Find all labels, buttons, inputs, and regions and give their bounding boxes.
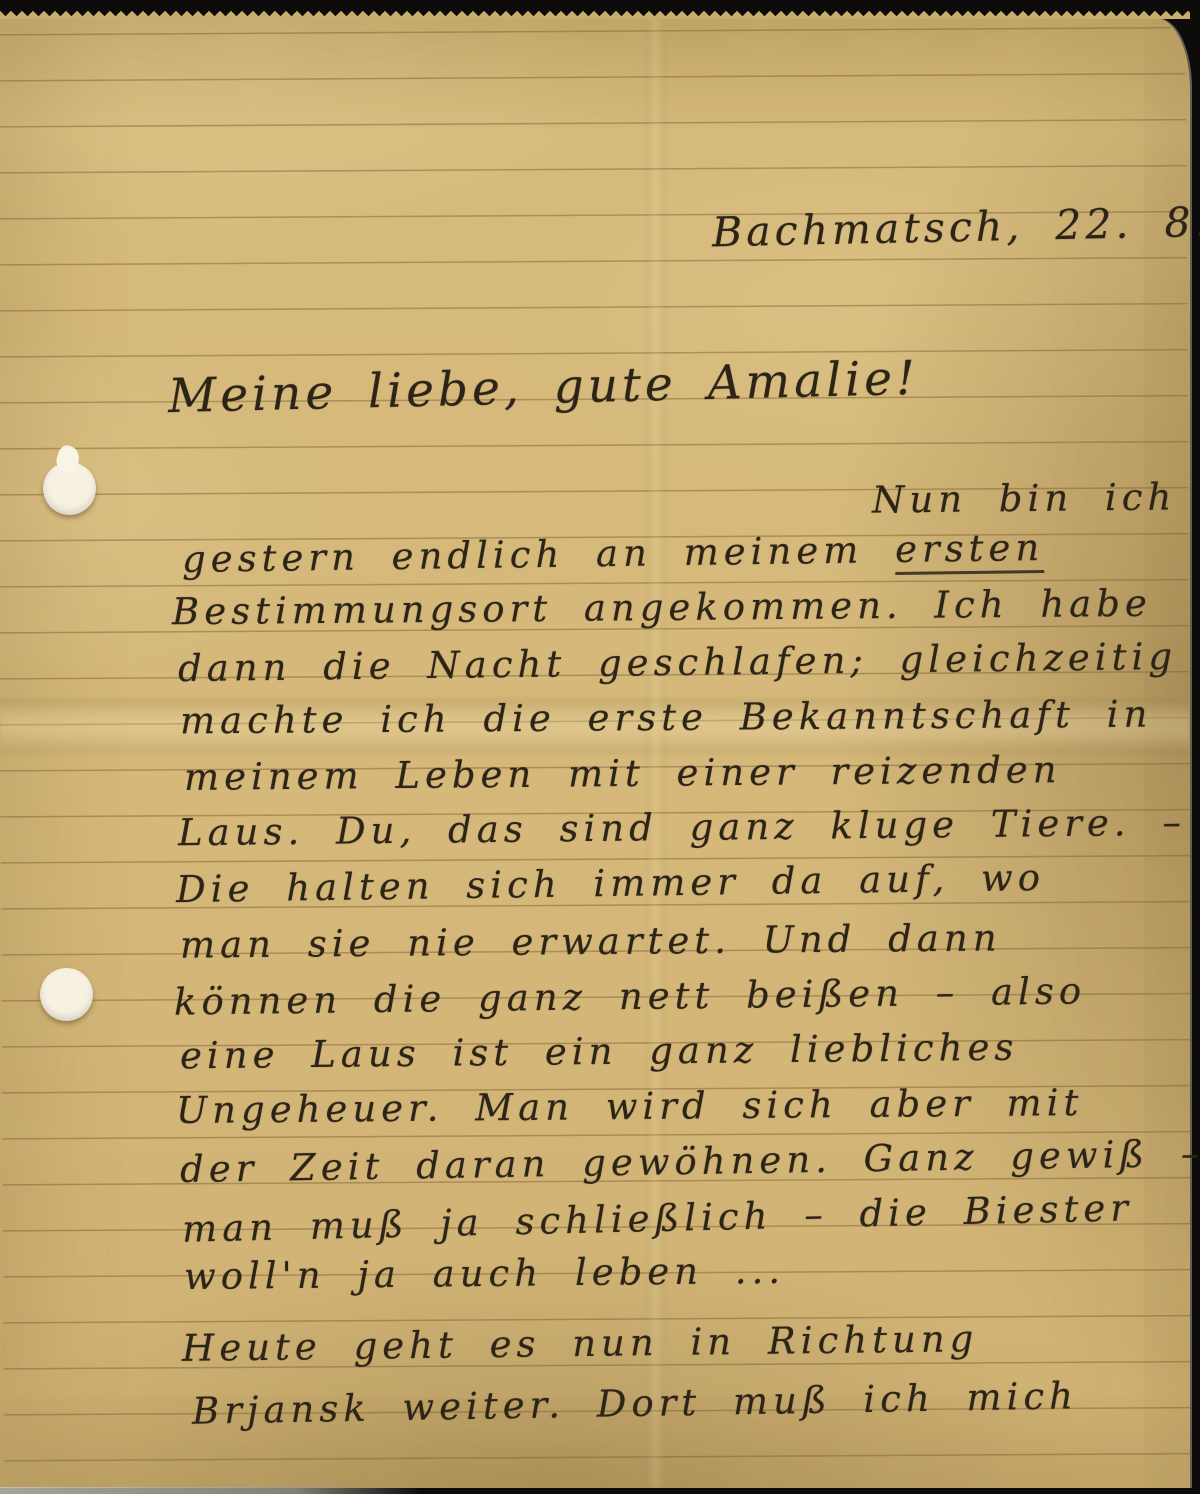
letter-line: Ungeheuer. Man wird sich aber mit (176, 1081, 1084, 1132)
letter-line: man sie nie erwartet. Und dann (180, 916, 1002, 966)
letter-line: machte ich die erste Bekanntschaft in (180, 693, 1153, 743)
bottom-edge-sliver (0, 1487, 420, 1494)
letter-line: eine Laus ist ein ganz liebliches (180, 1026, 1019, 1078)
letter-line: meinem Leben mit einer reizenden (184, 748, 1062, 799)
punch-hole-bottom (40, 968, 93, 1021)
letter-photo: Bachmatsch, 22. 8. 43. Meine liebe, gute… (0, 0, 1200, 1494)
opening-line: Nun bin ich (872, 475, 1177, 521)
punch-hole-top (43, 462, 96, 515)
underlined-word: ersten (895, 526, 1045, 575)
letter-line: woll'n ja auch leben ... (184, 1249, 785, 1298)
letter-line: Bestimmungsort angekommen. Ich habe (172, 582, 1152, 634)
